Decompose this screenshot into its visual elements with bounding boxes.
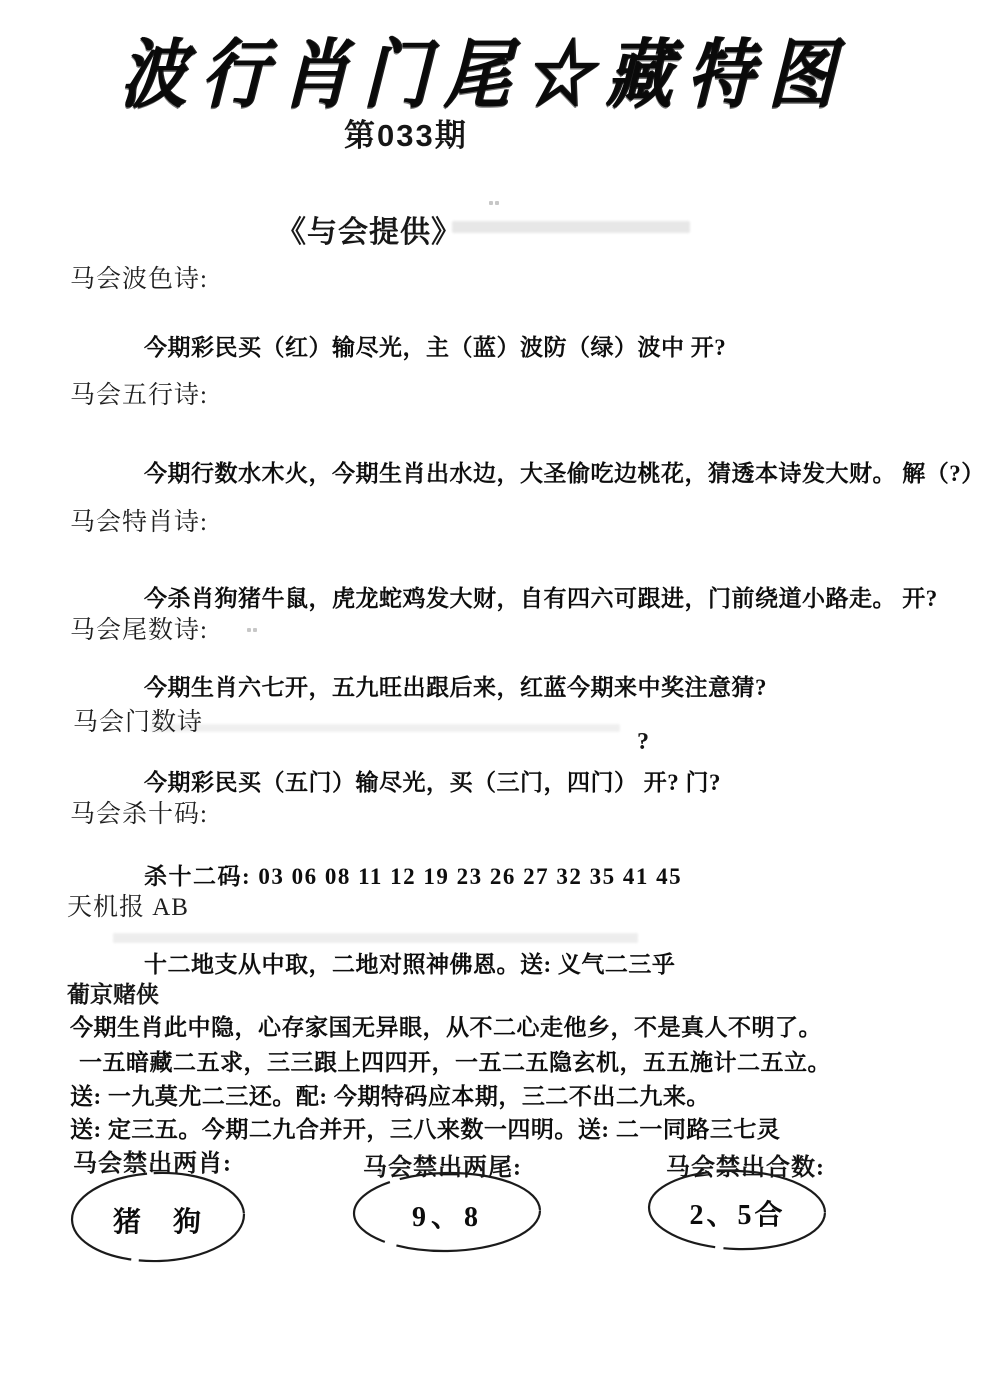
pujing-line: 送: 一九莫尤二三还。配: 今期特码应本期，三二不出二九来。 [70, 1078, 710, 1111]
scan-smudge [452, 221, 690, 233]
provider-heading: 《与会提供》 [276, 207, 462, 251]
section-poem: 今期彩民买（红）输尽光，主（蓝）波防（绿）波中 开? [144, 329, 726, 362]
page-title: 波行肖门尾☆藏特图 [119, 14, 851, 122]
forbidden-tails-oval: 9、8 [350, 1170, 545, 1256]
section-label: 马会门数诗 [73, 702, 203, 738]
stray-question-mark: ? [637, 729, 649, 756]
section-poem: 十二地支从中取，二地对照神佛恩。送: 义气二三乎 [144, 946, 675, 979]
scan-smudge [113, 933, 638, 943]
scan-speck [489, 201, 493, 205]
section-label: 天机报 AB [67, 887, 189, 923]
section-label: 马会尾数诗: [70, 610, 208, 646]
forbidden-value: 2、5合 [689, 1193, 785, 1233]
section-poem: 今期行数水木火，今期生肖出水边，大圣偷吃边桃花，猜透本诗发大财。 解（?） [144, 455, 981, 488]
section-poem: 今期生肖六七开，五九旺出跟后来，红蓝今期来中奖注意猜? [144, 669, 767, 702]
section-poem: 今期彩民买（五门）输尽光，买（三门，四门） 开? 门? [144, 764, 721, 797]
forbidden-zodiac-oval: 猪 狗 [68, 1170, 248, 1265]
kill-numbers-line: 杀十二码: 03 06 08 11 12 19 23 26 27 32 35 4… [144, 858, 682, 891]
section-poem: 今杀肖狗猪牛鼠，虎龙蛇鸡发大财，自有四六可跟进，门前绕道小路走。 开? [144, 580, 938, 613]
section-label: 马会杀十码: [70, 794, 208, 830]
scan-speck [495, 201, 499, 205]
section-label: 马会波色诗: [70, 259, 208, 295]
pujing-line: 送: 定三五。今期二九合并开，三八来数一四明。送: 二一同路三七灵 [70, 1111, 780, 1144]
forbidden-sum-oval: 2、5合 [645, 1168, 830, 1254]
scan-smudge [150, 724, 620, 732]
section-label: 马会五行诗: [70, 375, 208, 411]
scan-speck [253, 628, 257, 632]
issue-number: 第033期 [344, 110, 468, 155]
scan-speck [247, 628, 251, 632]
pujing-label: 葡京赌侠 [67, 976, 159, 1009]
section-label: 马会特肖诗: [70, 502, 208, 538]
lottery-tip-sheet: 波行肖门尾☆藏特图 第033期 《与会提供》 马会波色诗: 今期彩民买（红）输尽… [0, 0, 981, 1388]
forbidden-value: 猪 狗 [113, 1200, 203, 1240]
pujing-line: 一五暗藏二五求，三三跟上四四开，一五二五隐玄机，五五施计二五立。 [79, 1044, 831, 1077]
pujing-line: 今期生肖此中隐，心存家国无异眼，从不二心走他乡，不是真人不明了。 [70, 1009, 822, 1042]
forbidden-value: 9、8 [412, 1195, 483, 1235]
